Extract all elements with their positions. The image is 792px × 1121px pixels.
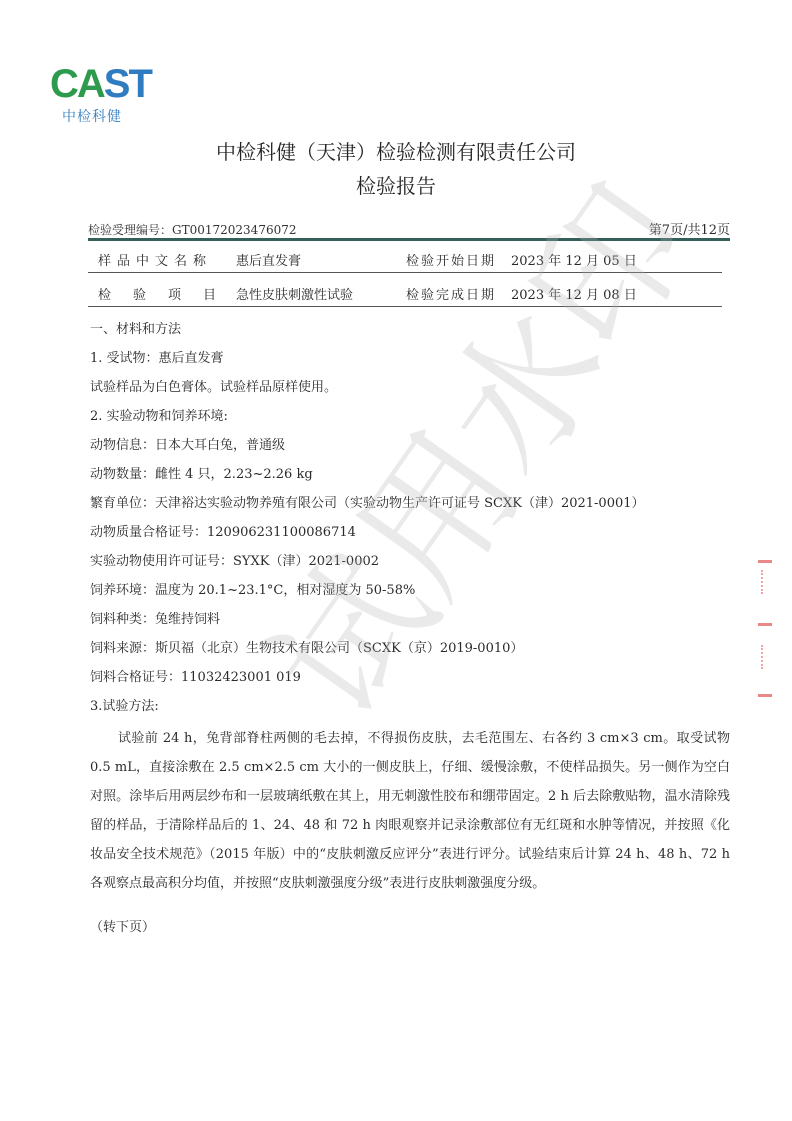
company-name: 中检科健（天津）检验检测有限责任公司 [0, 136, 792, 165]
info-row-item: 检验项目 急性皮肤刺激性试验 检验完成日期 2023 年 12 月 08 日 [88, 277, 722, 305]
logo-letter-a: A [77, 62, 104, 106]
continued-note: （转下页） [90, 916, 155, 935]
environment: 饲养环境：温度为 20.1~23.1°C，相对湿度为 50-58% [90, 579, 415, 598]
subheading-test-substance: 1. 受试物：惠后直发膏 [90, 347, 224, 366]
page-info: 第7页/共12页 [649, 219, 730, 238]
cast-logo: CAST 中检科健 [50, 64, 150, 126]
sample-name-label: 样品中文名称 [98, 250, 212, 269]
logo-mark: CAST [50, 64, 150, 104]
item-value: 急性皮肤刺激性试验 [236, 284, 353, 303]
end-date-value: 2023 年 12 月 08 日 [511, 284, 637, 303]
start-date-value: 2023 年 12 月 05 日 [511, 250, 637, 269]
sample-description: 试验样品为白色膏体。试验样品原样使用。 [90, 376, 337, 395]
info-divider-2 [88, 306, 722, 307]
accept-number: 检验受理编号：GT00172023476072 [88, 221, 297, 238]
quality-cert: 动物质量合格证号：120906231100086714 [90, 521, 356, 540]
feed-source: 饲料来源：斯贝福（北京）生物技术有限公司（SCXK（京）2019-0010） [90, 637, 523, 656]
subheading-method: 3.试验方法: [90, 695, 159, 714]
seam-seal-stamp [758, 560, 772, 700]
end-date-label: 检验完成日期 [406, 284, 496, 303]
subheading-animals: 2. 实验动物和饲养环境: [90, 405, 228, 424]
report-title: 检验报告 [0, 170, 792, 199]
accept-number-label: 检验受理编号： [88, 223, 172, 237]
feed-type: 饲料种类：兔维持饲料 [90, 608, 220, 627]
accept-number-value: GT00172023476072 [172, 223, 296, 237]
header-divider [88, 238, 730, 241]
method-paragraph: 试验前 24 h，兔背部脊柱两侧的毛去掉，不得损伤皮肤，去毛范围左、右各约 3 … [90, 724, 730, 898]
start-date-label: 检验开始日期 [406, 250, 496, 269]
use-license: 实验动物使用许可证号：SYXK（津）2021-0002 [90, 550, 379, 569]
logo-subtitle: 中检科健 [50, 106, 150, 126]
breeder: 繁育单位：天津裕达实验动物养殖有限公司（实验动物生产许可证号 SCXK（津）20… [90, 492, 645, 511]
info-divider-1 [88, 272, 722, 273]
feed-cert: 饲料合格证号：11032423001 019 [90, 666, 301, 685]
item-label: 检验项目 [98, 284, 238, 303]
animal-info: 动物信息：日本大耳白兔，普通级 [90, 434, 285, 453]
logo-letter-c: C [50, 62, 77, 106]
info-row-sample: 样品中文名称 惠后直发膏 检验开始日期 2023 年 12 月 05 日 [88, 243, 722, 271]
logo-letters-st: ST [104, 62, 151, 106]
section-heading: 一、材料和方法 [90, 318, 181, 337]
sample-name-value: 惠后直发膏 [236, 250, 301, 269]
animal-count: 动物数量：雌性 4 只，2.23~2.26 kg [90, 463, 313, 482]
meta-row: 检验受理编号：GT00172023476072 第7页/共12页 [88, 219, 730, 235]
